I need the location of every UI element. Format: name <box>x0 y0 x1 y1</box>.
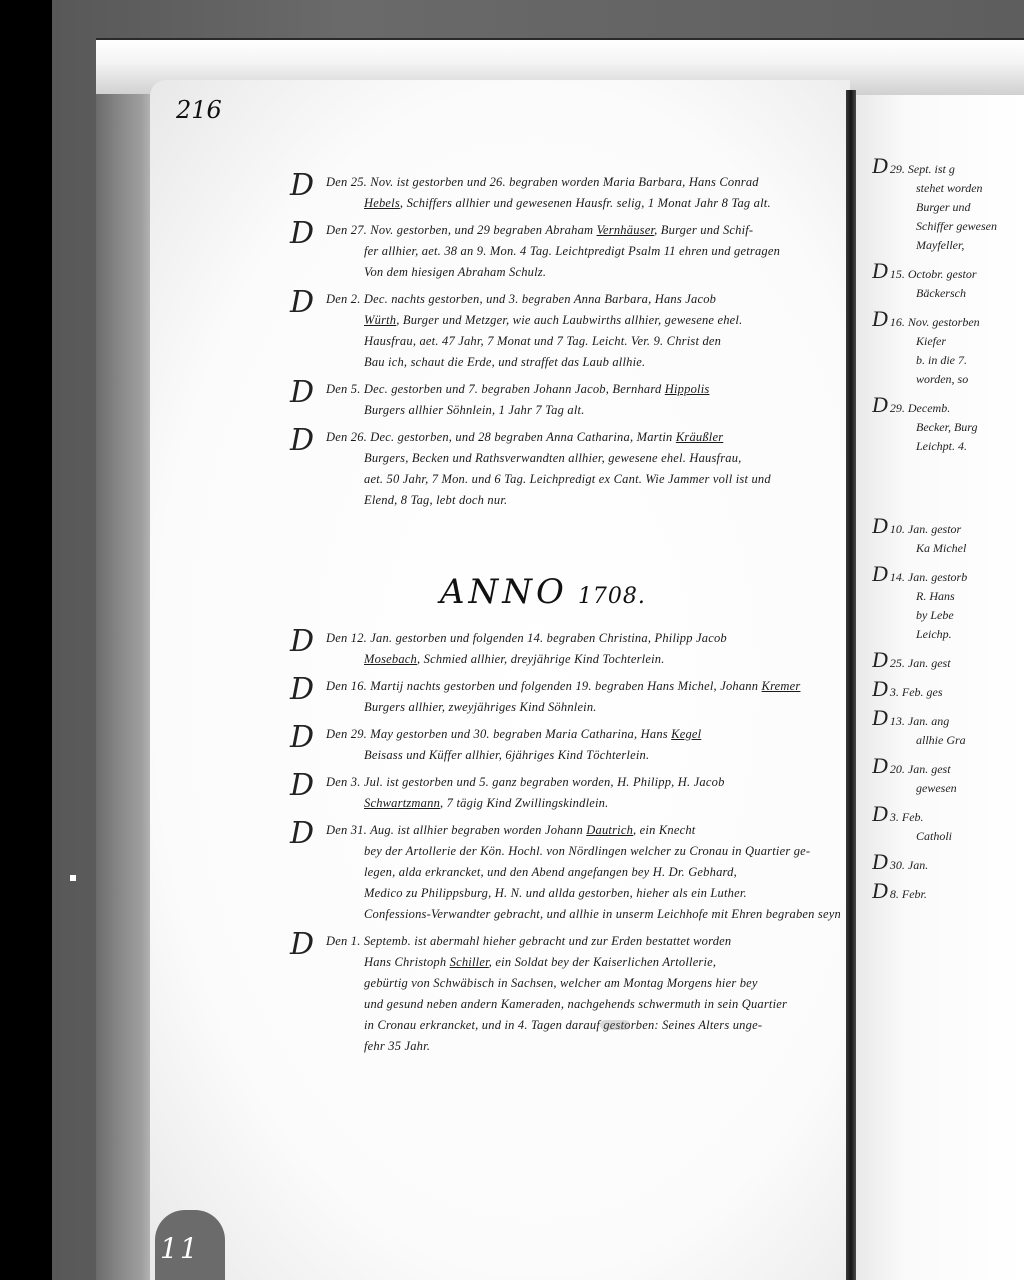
entry-flourish-icon: D <box>872 153 888 178</box>
entry-line: fehr 35 Jahr. <box>300 1036 840 1057</box>
entry-flourish-icon: D <box>290 927 314 962</box>
entry-line: Hausfrau, aet. 47 Jahr, 7 Monat und 7 Ta… <box>300 331 840 352</box>
right-page-line: D10. Jan. gestor <box>872 516 1024 539</box>
entry-flourish-icon: D <box>872 306 888 331</box>
scanner-black-border <box>0 0 52 1280</box>
right-page-line: D30. Jan. <box>872 852 1024 875</box>
register-entry: DDen 25. Nov. ist gestorben und 26. begr… <box>300 172 840 214</box>
right-page-line: D29. Sept. ist g <box>872 156 1024 179</box>
right-page-line: D3. Feb. <box>872 804 1024 827</box>
entry-flourish-icon: D <box>290 816 314 851</box>
entries-1707: DDen 25. Nov. ist gestorben und 26. begr… <box>300 172 840 517</box>
register-entry: DDen 26. Dec. gestorben, und 28 begraben… <box>300 427 840 511</box>
entry-line: bey der Artollerie der Kön. Hochl. von N… <box>300 841 840 862</box>
right-page-line: worden, so <box>872 370 1024 389</box>
entry-line: Den 1. Septemb. ist abermahl hieher gebr… <box>300 931 840 952</box>
entry-line: Confessions-Verwandter gebracht, und all… <box>300 904 840 925</box>
right-page-line: Burger und <box>872 198 1024 217</box>
entry-line: in Cronau erkrancket, und in 4. Tagen da… <box>300 1015 840 1036</box>
right-page-line: by Lebe <box>872 606 1024 625</box>
right-page-line: D25. Jan. gest <box>872 650 1024 673</box>
entry-flourish-icon: D <box>872 513 888 538</box>
entry-line: Burgers allhier Söhnlein, 1 Jahr 7 Tag a… <box>300 400 840 421</box>
entry-flourish-icon: D <box>872 258 888 283</box>
entry-line: gebürtig von Schwäbisch in Sachsen, welc… <box>300 973 840 994</box>
entry-line: Hebels, Schiffers allhier und gewesenen … <box>300 193 840 214</box>
entry-line: Mosebach, Schmied allhier, dreyjährige K… <box>300 649 840 670</box>
entry-line: Elend, 8 Tag, lebt doch nur. <box>300 490 840 511</box>
folio-number: 216 <box>176 96 222 124</box>
entry-flourish-icon: D <box>290 423 314 458</box>
entry-line: Den 2. Dec. nachts gestorben, und 3. beg… <box>300 289 840 310</box>
entry-line: Burgers allhier, zweyjähriges Kind Söhnl… <box>300 697 840 718</box>
entry-line: Von dem hiesigen Abraham Schulz. <box>300 262 840 283</box>
scan-dust-speck <box>70 875 76 881</box>
right-page-entries: D29. Sept. ist gstehet wordenBurger undS… <box>872 150 1024 904</box>
entry-flourish-icon: D <box>872 849 888 874</box>
right-page-line: D29. Decemb. <box>872 395 1024 418</box>
entry-flourish-icon: D <box>872 561 888 586</box>
entry-line: Burgers, Becken und Rathsverwandten allh… <box>300 448 840 469</box>
register-entry: DDen 12. Jan. gestorben und folgenden 14… <box>300 628 840 670</box>
ink-blot <box>600 1020 630 1030</box>
right-page-line: Leichp. <box>872 625 1024 644</box>
anno-year: 1708. <box>578 584 646 609</box>
register-entry: DDen 2. Dec. nachts gestorben, und 3. be… <box>300 289 840 373</box>
right-page-line: D13. Jan. ang <box>872 708 1024 731</box>
register-entry: DDen 31. Aug. ist allhier begraben worde… <box>300 820 840 925</box>
right-page-line: D8. Febr. <box>872 881 1024 904</box>
entry-flourish-icon: D <box>872 392 888 417</box>
entry-line: Den 29. May gestorben und 30. begraben M… <box>300 724 840 745</box>
right-page-line: Becker, Burg <box>872 418 1024 437</box>
entry-flourish-icon: D <box>290 375 314 410</box>
entry-line: Den 5. Dec. gestorben und 7. begraben Jo… <box>300 379 840 400</box>
entry-line: aet. 50 Jahr, 7 Mon. und 6 Tag. Leichpre… <box>300 469 840 490</box>
entry-line: Den 12. Jan. gestorben und folgenden 14.… <box>300 628 840 649</box>
entry-line: Medico zu Philippsburg, H. N. und allda … <box>300 883 840 904</box>
right-page-line: gewesen <box>872 779 1024 798</box>
right-page-line: Leichpt. 4. <box>872 437 1024 456</box>
entry-flourish-icon: D <box>290 672 314 707</box>
entry-line: Den 3. Jul. ist gestorben und 5. ganz be… <box>300 772 840 793</box>
right-page-line: Kiefer <box>872 332 1024 351</box>
right-page-line: R. Hans <box>872 587 1024 606</box>
register-entry: DDen 5. Dec. gestorben und 7. begraben J… <box>300 379 840 421</box>
entries-1708: DDen 12. Jan. gestorben und folgenden 14… <box>300 628 840 1063</box>
entry-flourish-icon: D <box>872 705 888 730</box>
entry-flourish-icon: D <box>872 878 888 903</box>
right-page-line: allhie Gra <box>872 731 1024 750</box>
register-entry: DDen 1. Septemb. ist abermahl hieher geb… <box>300 931 840 1057</box>
entry-flourish-icon: D <box>872 647 888 672</box>
right-page-line: Schiffer gewesen <box>872 217 1024 236</box>
entry-line: Beisass und Küffer allhier, 6jähriges Ki… <box>300 745 840 766</box>
entry-line: Bau ich, schaut die Erde, und straffet d… <box>300 352 840 373</box>
book-gutter <box>846 90 856 1280</box>
register-entry: DDen 27. Nov. gestorben, und 29 begraben… <box>300 220 840 283</box>
entry-flourish-icon: D <box>872 753 888 778</box>
entry-line: und gesund neben andern Kameraden, nachg… <box>300 994 840 1015</box>
right-page-line: Ka Michel <box>872 539 1024 558</box>
right-page-line: b. in die 7. <box>872 351 1024 370</box>
entry-line: legen, alda erkrancket, und den Abend an… <box>300 862 840 883</box>
right-page-line: Mayfeller, <box>872 236 1024 255</box>
entry-flourish-icon: D <box>872 801 888 826</box>
entry-line: fer allhier, aet. 38 an 9. Mon. 4 Tag. L… <box>300 241 840 262</box>
right-page-line: Catholi <box>872 827 1024 846</box>
entry-line: Den 25. Nov. ist gestorben und 26. begra… <box>300 172 840 193</box>
register-entry: DDen 3. Jul. ist gestorben und 5. ganz b… <box>300 772 840 814</box>
right-page-line: D14. Jan. gestorb <box>872 564 1024 587</box>
entry-flourish-icon: D <box>290 216 314 251</box>
entry-flourish-icon: D <box>290 624 314 659</box>
entry-flourish-icon: D <box>872 676 888 701</box>
entry-line: Den 27. Nov. gestorben, und 29 begraben … <box>300 220 840 241</box>
right-page-line: stehet worden <box>872 179 1024 198</box>
entry-flourish-icon: D <box>290 768 314 803</box>
year-heading: ANNO1708. <box>440 572 646 612</box>
entry-line: Den 31. Aug. ist allhier begraben worden… <box>300 820 840 841</box>
entry-line: Würth, Burger und Metzger, wie auch Laub… <box>300 310 840 331</box>
right-page-line: D16. Nov. gestorben <box>872 309 1024 332</box>
entry-line: Schwartzmann, 7 tägig Kind Zwillingskind… <box>300 793 840 814</box>
entry-flourish-icon: D <box>290 168 314 203</box>
entry-line: Hans Christoph Schiller, ein Soldat bey … <box>300 952 840 973</box>
anno-label: ANNO <box>440 572 568 612</box>
register-entry: DDen 29. May gestorben und 30. begraben … <box>300 724 840 766</box>
register-entry: DDen 16. Martij nachts gestorben und fol… <box>300 676 840 718</box>
entry-line: Den 16. Martij nachts gestorben und folg… <box>300 676 840 697</box>
right-page-line: D15. Octobr. gestor <box>872 261 1024 284</box>
bottom-tab-mark: 11 <box>160 1232 200 1265</box>
right-page-line: D3. Feb. ges <box>872 679 1024 702</box>
entry-flourish-icon: D <box>290 285 314 320</box>
entry-line: Den 26. Dec. gestorben, und 28 begraben … <box>300 427 840 448</box>
right-page-line: Bäckersch <box>872 284 1024 303</box>
right-page-line: D20. Jan. gest <box>872 756 1024 779</box>
entry-flourish-icon: D <box>290 720 314 755</box>
